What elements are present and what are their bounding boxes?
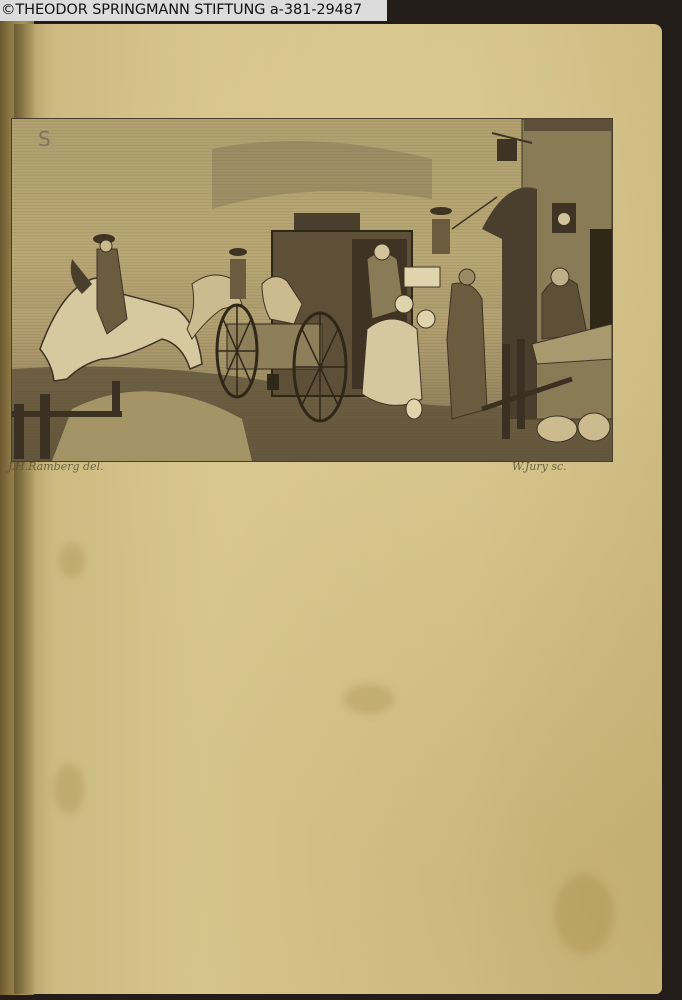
paper-stain [59,544,85,578]
engraver-signature: W.Jury sc. [512,460,567,473]
artist-signature: J.H.Ramberg del. [8,460,104,473]
paper-stain [344,684,394,714]
engraving-illustration [12,119,612,461]
book-page: S J.H.Ramberg del. W.Jury sc. [14,24,662,994]
engraving-plate: S [11,118,613,462]
copyright-watermark: ©THEODOR SPRINGMANN STIFTUNG a-381-29487 [0,0,387,21]
plate-mark: S [38,127,51,151]
paper-stain [554,874,614,954]
paper-stain [54,764,84,814]
